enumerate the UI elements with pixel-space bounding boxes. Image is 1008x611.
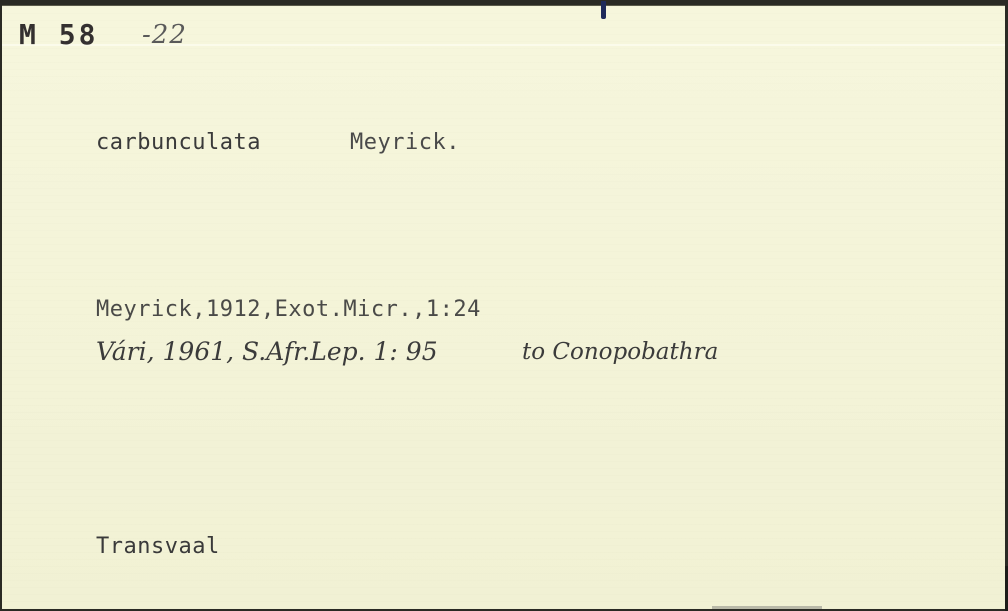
tab-marker <box>601 1 606 19</box>
locality: Transvaal <box>96 534 220 559</box>
reference-original: Meyrick,1912,Exot.Micr.,1:24 <box>96 297 481 322</box>
index-card: M 58 -22 carbunculata Meyrick. Meyrick,1… <box>2 5 1005 608</box>
species-author: Meyrick. <box>350 130 460 155</box>
reference-handwritten: Vári, 1961, S.Afr.Lep. 1: 95 <box>96 337 438 366</box>
catalogue-code: M 58 <box>19 18 98 51</box>
reference-handwritten-note: to Conopobathra <box>522 339 718 365</box>
catalogue-code-suffix: -22 <box>142 20 187 50</box>
species-name: carbunculata <box>96 130 261 155</box>
